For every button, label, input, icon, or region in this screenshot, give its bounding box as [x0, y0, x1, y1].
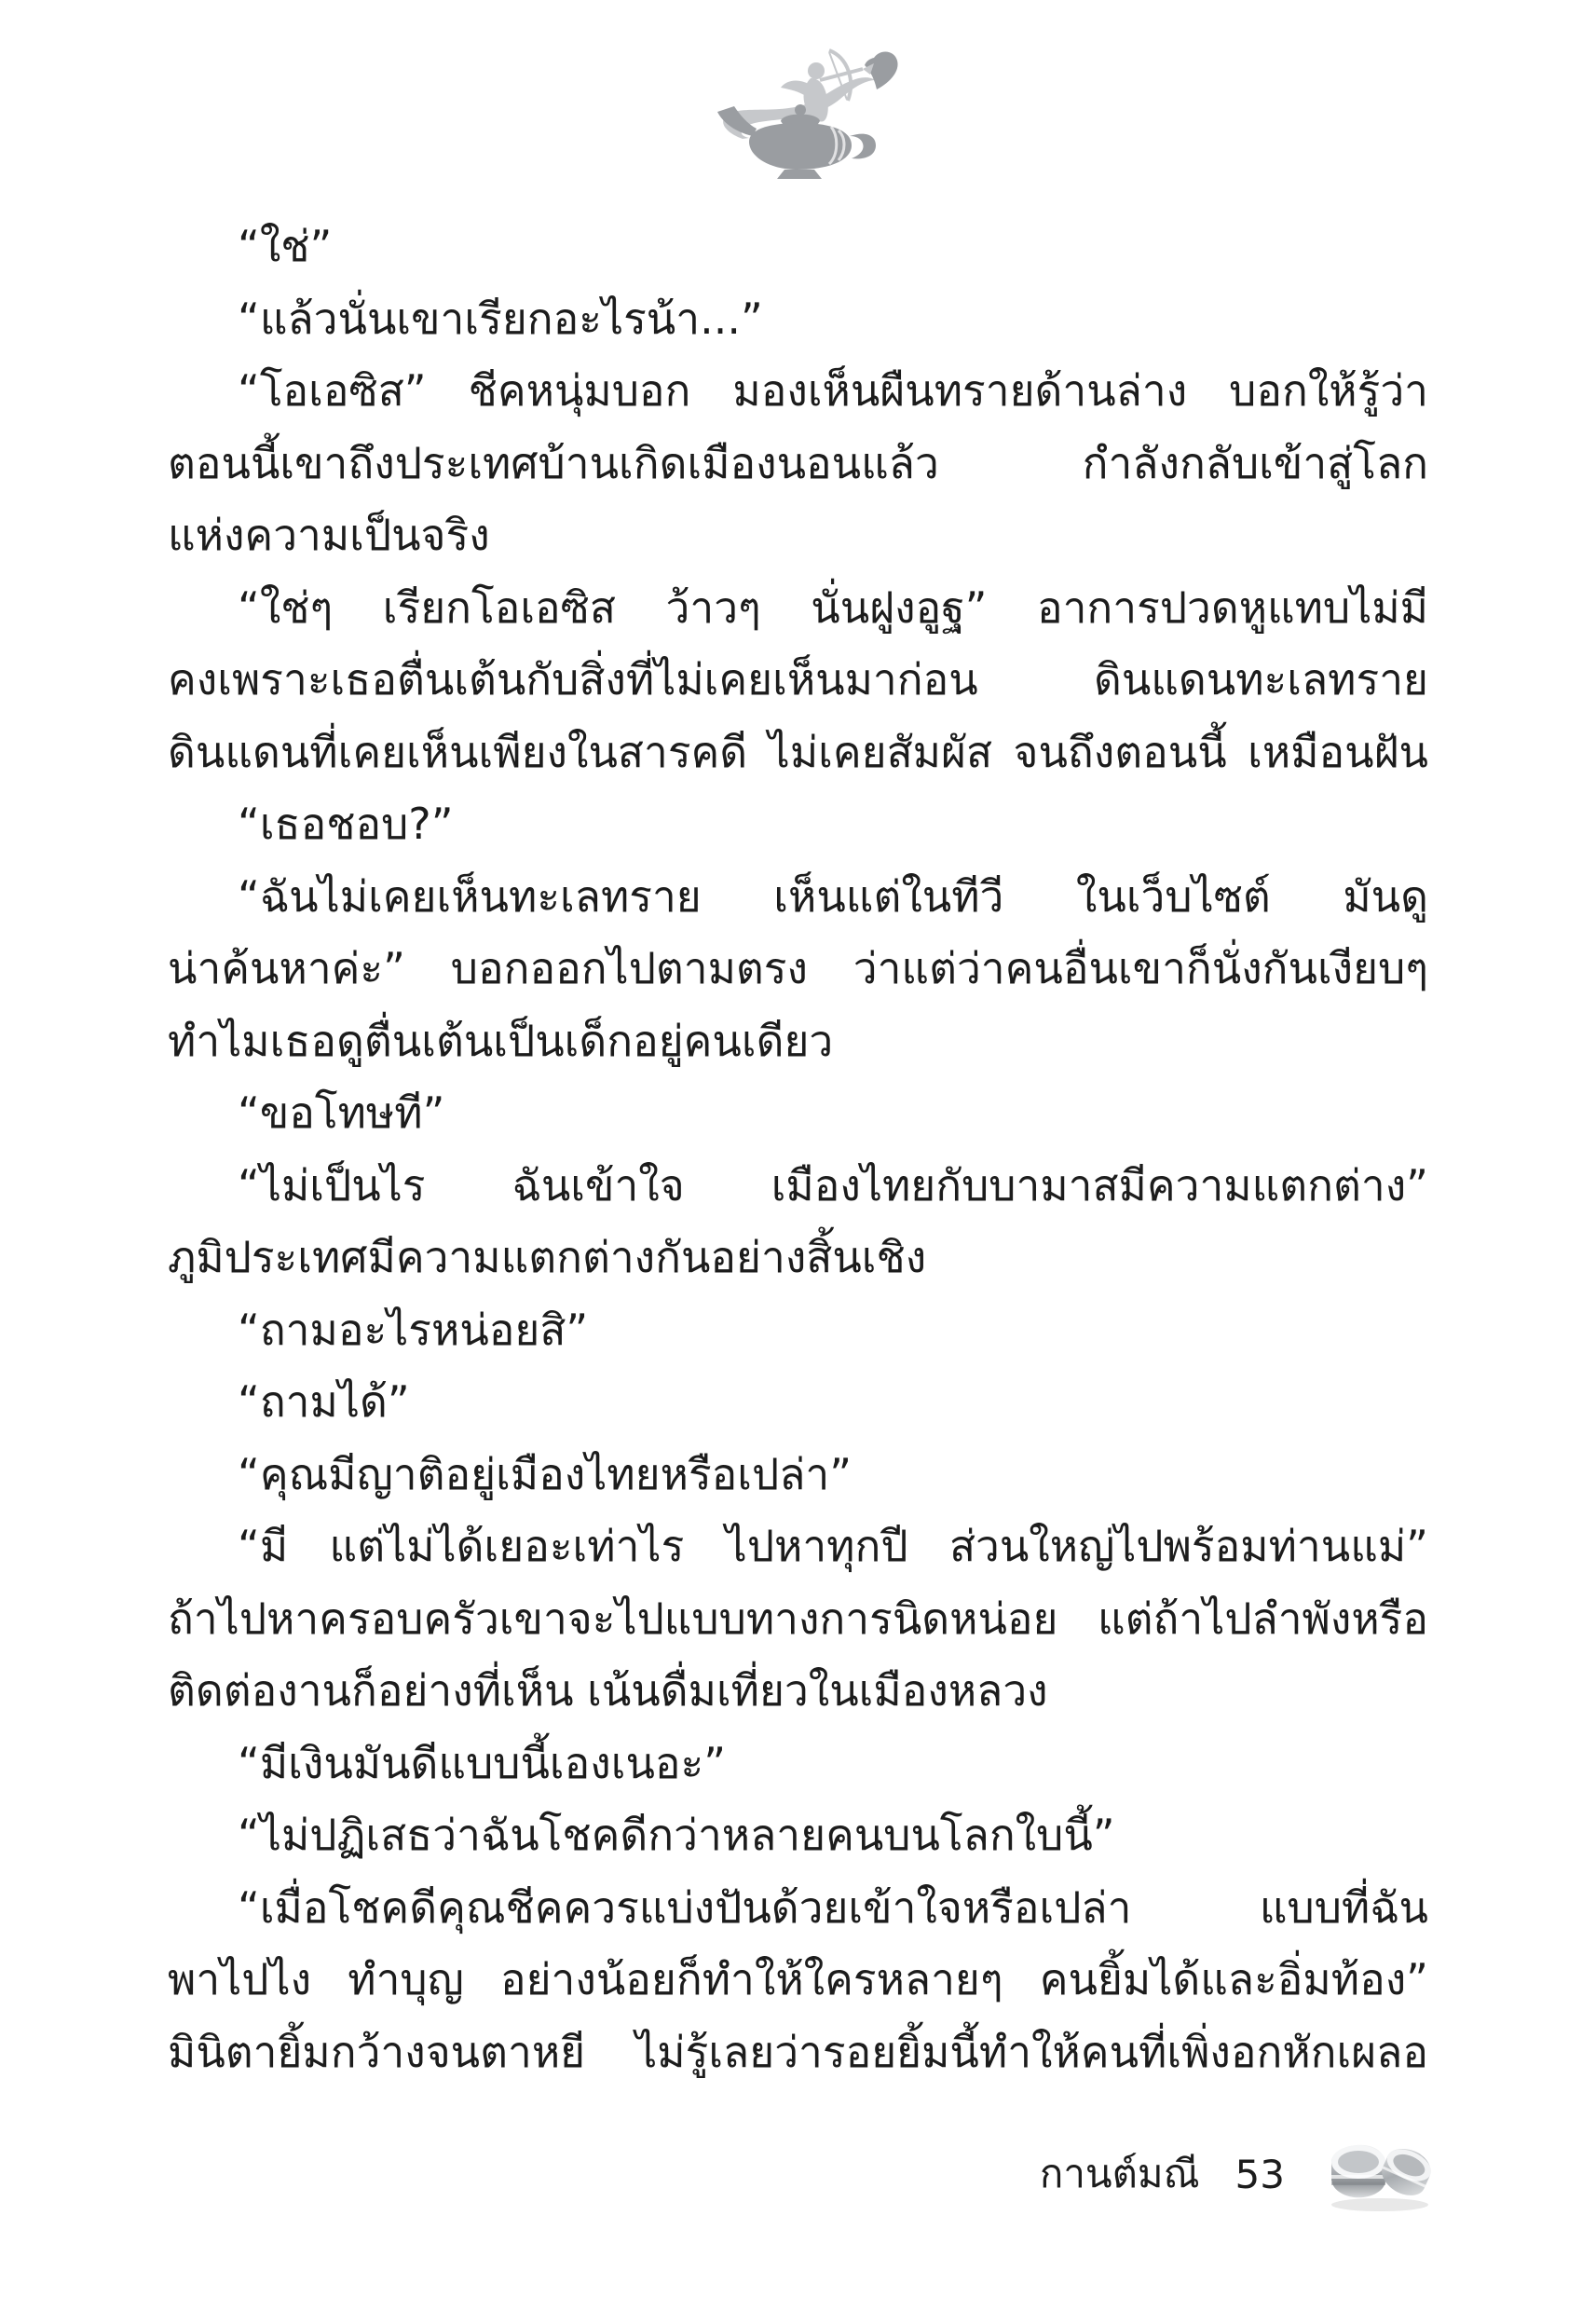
text-line: “ไม่ปฏิเสธว่าฉันโชคดีกว่าหลายคนบนโลกใบนี…	[168, 1799, 1428, 1872]
text-line: “คุณมีญาติอยู่เมืองไทยหรือเปล่า”	[168, 1439, 1428, 1511]
text-line: ถ้าไปหาครอบครัวเขาจะไปแบบทางการนิดหน่อย …	[168, 1583, 1428, 1656]
page-footer: กานต์มณี 53	[168, 2134, 1439, 2214]
cupid-lamp-icon	[691, 32, 906, 181]
text-line: “ใช่ๆ เรียกโอเอซิส ว้าวๆ นั่นฝูงอูฐ” อาก…	[168, 572, 1428, 645]
text-line: ตอนนี้เขาถึงประเทศบ้านเกิดเมืองนอนแล้ว ก…	[168, 428, 1428, 500]
text-line: “แล้วนั่นเขาเรียกอะไรน้า...”	[168, 283, 1428, 356]
wedding-rings-icon	[1320, 2134, 1439, 2214]
text-line: “ขอโทษที”	[168, 1077, 1428, 1150]
text-line: “ไม่เป็นไร ฉันเข้าใจ เมืองไทยกับบามาสมีค…	[168, 1150, 1428, 1223]
text-line: “ถามอะไรหน่อยสิ”	[168, 1294, 1428, 1367]
running-title: กานต์มณี	[1040, 2143, 1200, 2205]
text-line: “มี แต่ไม่ได้เยอะเท่าไร ไปหาทุกปี ส่วนให…	[168, 1511, 1428, 1583]
text-line: “โอเอซิส” ชีคหนุ่มบอก มองเห็นผืนทรายด้าน…	[168, 355, 1428, 428]
text-line: “เธอชอบ?”	[168, 788, 1428, 861]
book-page: “ใช่”“แล้วนั่นเขาเรียกอะไรน้า...”“โอเอซิ…	[0, 0, 1596, 2311]
text-line: ทำไมเธอดูตื่นเต้นเป็นเด็กอยู่คนเดียว	[168, 1005, 1428, 1078]
text-line: “เมื่อโชคดีคุณชีคควรแบ่งปันด้วยเข้าใจหรื…	[168, 1872, 1428, 1945]
text-line: “มีเงินมันดีแบบนี้เองเนอะ”	[168, 1728, 1428, 1800]
text-line: ภูมิประเทศมีความแตกต่างกันอย่างสิ้นเชิง	[168, 1222, 1428, 1294]
text-line: “ถามได้”	[168, 1366, 1428, 1439]
text-line: “ฉันไม่เคยเห็นทะเลทราย เห็นแต่ในทีวี ในเ…	[168, 861, 1428, 934]
text-line: คงเพราะเธอตื่นเต้นกับสิ่งที่ไม่เคยเห็นมา…	[168, 644, 1428, 717]
page-number: 53	[1235, 2152, 1285, 2197]
text-line: มินิตายิ้มกว้างจนตาหยี ไม่รู้เลยว่ารอยยิ…	[168, 2017, 1428, 2089]
text-line: ติดต่องานก็อย่างที่เห็น เน้นดื่มเที่ยวใน…	[168, 1655, 1428, 1728]
text-line: ดินแดนที่เคยเห็นเพียงในสารคดี ไม่เคยสัมผ…	[168, 717, 1428, 789]
text-line: “ใช่”	[168, 211, 1428, 283]
text-line: แห่งความเป็นจริง	[168, 499, 1428, 572]
page-text: “ใช่”“แล้วนั่นเขาเรียกอะไรน้า...”“โอเอซิ…	[168, 211, 1428, 2088]
text-line: พาไปไง ทำบุญ อย่างน้อยก็ทำให้ใครหลายๆ คน…	[168, 1944, 1428, 2017]
header-ornament	[0, 32, 1596, 181]
text-line: น่าค้นหาค่ะ” บอกออกไปตามตรง ว่าแต่ว่าคนอ…	[168, 933, 1428, 1005]
